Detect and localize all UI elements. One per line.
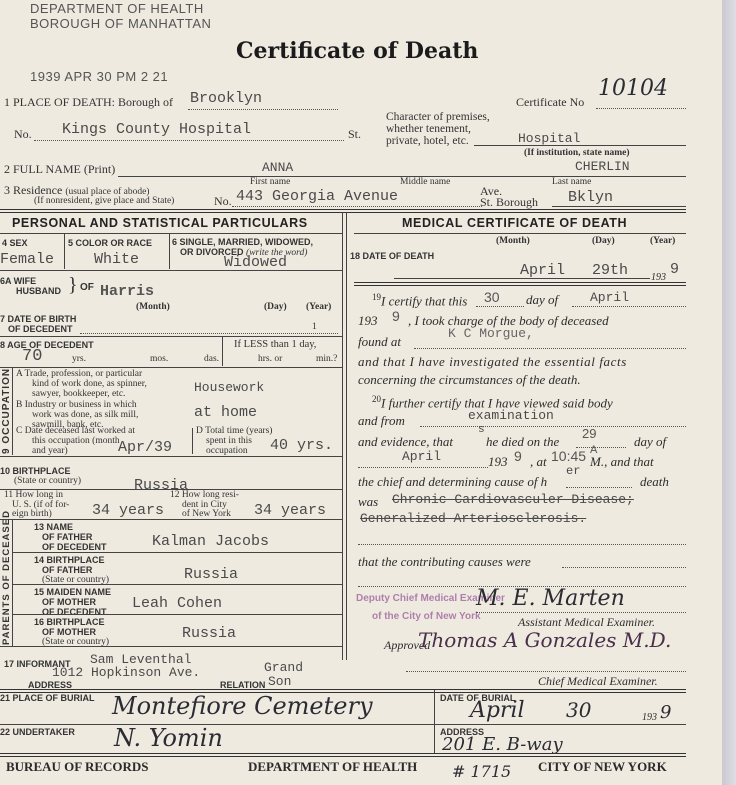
cause-line-1: Chronic Cardiovasculer Disease; xyxy=(392,492,634,507)
dob-month-label: (Month) xyxy=(136,302,170,312)
birthplace-label: 10 BIRTHPLACE xyxy=(0,466,71,476)
race-label: 5 COLOR OR RACE xyxy=(68,238,152,248)
died-year-prefix: 193 xyxy=(488,454,508,470)
residence-note: (If nonresident, give place and State) xyxy=(34,196,174,206)
cause-text: the chief and determining cause of h xyxy=(358,474,547,490)
full-name-label: 2 FULL NAME (Print) xyxy=(4,162,115,177)
place-of-burial-label: 21 PLACE OF BURIAL xyxy=(0,693,95,703)
marital-value: Widowed xyxy=(224,254,287,271)
first-name: ANNA xyxy=(262,160,293,175)
cause-pronoun: er xyxy=(566,464,580,478)
certify-19: 19I certify that this xyxy=(372,292,467,309)
footer-city: CITY OF NEW YORK xyxy=(538,759,667,775)
death-certificate: DEPARTMENT OF HEALTH BOROUGH OF MANHATTA… xyxy=(0,0,722,785)
circumstances-text: concerning the circumstances of the deat… xyxy=(358,372,581,388)
footer-department: DEPARTMENT OF HEALTH xyxy=(248,759,417,775)
dob-day-label: (Day) xyxy=(264,302,287,312)
dod-month-label: (Month) xyxy=(496,236,530,246)
informant-relation-line2: Son xyxy=(268,674,291,689)
burial-day: 30 xyxy=(566,698,591,722)
spouse-husband-label: HUSBAND xyxy=(16,286,61,296)
min-label: min.? xyxy=(316,354,337,364)
assistant-signature: M. E. Marten xyxy=(476,586,625,611)
certificate-number: 10104 xyxy=(598,76,668,101)
dob-year-label: (Year) xyxy=(306,302,331,312)
died-year: 9 xyxy=(514,448,522,464)
cause-line-2: Generalized Arteriosclerosis. xyxy=(360,511,586,526)
certify-day-of: day of xyxy=(526,292,558,308)
less-than-day-label: If LESS than 1 day, xyxy=(234,339,316,350)
das-label: das. xyxy=(204,354,219,364)
place-address: Kings County Hospital xyxy=(62,121,251,138)
occ-a-label: A Trade, profession, or particular kind … xyxy=(16,369,147,399)
certify-year-prefix: 193 xyxy=(358,313,378,329)
st-label: St. xyxy=(348,127,361,142)
and-that-text: M., and that xyxy=(590,454,654,470)
deputy-stamp-line-2: of the City of New York xyxy=(372,611,481,622)
found-at-label: found at xyxy=(358,334,401,350)
burial-month: April xyxy=(470,698,525,723)
place-no-label: No. xyxy=(14,127,32,142)
age-years: 70 xyxy=(22,347,42,366)
yrs-label: yrs. xyxy=(72,354,86,364)
father-name-label: 13 NAME OF FATHER OF DECEDENT xyxy=(34,522,107,552)
residence-borough: Bklyn xyxy=(568,189,613,206)
us-duration: 34 years xyxy=(92,502,164,519)
certify-day: 30 xyxy=(484,289,500,305)
dod-year: 9 xyxy=(670,261,679,278)
dod-year-label: (Year) xyxy=(650,236,675,246)
undertaker-address: 201 E. B-way xyxy=(442,734,563,755)
father-birthplace-label: 14 BIRTHPLACE OF FATHER (State or countr… xyxy=(34,555,109,585)
mos-label: mos. xyxy=(150,354,168,364)
personal-section-title: PERSONAL AND STATISTICAL PARTICULARS xyxy=(12,216,308,230)
department-line-1: DEPARTMENT OF HEALTH xyxy=(30,2,204,16)
occ-d-label: D Total time (years) spent in this occup… xyxy=(196,426,272,456)
premises-value: Hospital xyxy=(518,131,580,146)
mother-birthplace-label: 16 BIRTHPLACE OF MOTHER (State or countr… xyxy=(34,617,109,647)
dob-year-prefix: 1 xyxy=(312,322,317,332)
spouse-wife-label: 6A WIFE xyxy=(0,276,36,286)
mother-birthplace: Russia xyxy=(182,625,236,642)
dod-day: 29th xyxy=(592,262,628,279)
contributing-causes-label: that the contributing causes were xyxy=(358,554,531,570)
dod-month: April xyxy=(520,262,565,279)
dod-label: 18 DATE OF DEATH xyxy=(350,251,434,261)
mother-name-label: 15 MAIDEN NAME OF MOTHER OF DECEDENT xyxy=(34,587,111,617)
and-from-label: and from xyxy=(358,413,405,429)
and-from-value: examination xyxy=(468,408,554,423)
last-name-label: Last name xyxy=(552,177,591,187)
died-day: 29 xyxy=(582,426,596,441)
occupation-total-years: 40 yrs. xyxy=(270,437,333,454)
place-of-burial: Montefiore Cemetery xyxy=(112,692,373,720)
dob-label: 7 DATE OF BIRTH OF DECEDENT xyxy=(0,314,76,334)
father-name: Kalman Jacobs xyxy=(152,533,269,550)
received-stamp: 1939 APR 30 PM 2 21 xyxy=(30,70,168,84)
death-label: death xyxy=(640,474,669,490)
st-borough-label: St. Borough xyxy=(480,195,538,210)
nyc-duration-label: 12 How long resi- dent in City of New Yo… xyxy=(170,491,239,520)
last-name: CHERLIN xyxy=(575,159,630,174)
sex-value: Female xyxy=(0,251,54,268)
department-line-2: BOROUGH OF MANHATTAN xyxy=(30,17,211,31)
page-title: Certificate of Death xyxy=(236,38,478,64)
informant-address: 1012 Hopkinson Ave. xyxy=(52,665,200,680)
investigated-text: and that I have investigated the essenti… xyxy=(358,354,627,370)
undertaker-label: 22 UNDERTAKER xyxy=(0,727,75,737)
hrs-label: hrs. or xyxy=(258,354,282,364)
premises-note: (If institution, state name) xyxy=(524,148,630,158)
died-on-text: he died on the xyxy=(486,434,559,450)
middle-name-label: Middle name xyxy=(400,177,450,187)
birthplace-note: (State or country) xyxy=(14,476,81,486)
sex-label: 4 SEX xyxy=(2,238,28,248)
father-birthplace: Russia xyxy=(184,566,238,583)
dod-day-label: (Day) xyxy=(592,236,615,246)
occupation-last-worked: Apr/39 xyxy=(118,439,172,456)
medical-section-title: MEDICAL CERTIFICATE OF DEATH xyxy=(402,216,627,230)
chief-signature: Thomas A Gonzales M.D. xyxy=(418,628,671,652)
residence-address: 443 Georgia Avenue xyxy=(236,188,398,205)
chief-examiner-title: Chief Medical Examiner. xyxy=(538,674,658,689)
footer-bureau: BUREAU OF RECORDS xyxy=(6,759,149,775)
race-value: White xyxy=(94,251,139,268)
first-name-label: First name xyxy=(250,177,290,187)
borough-of-death: Brooklyn xyxy=(190,90,262,107)
at-label: , at xyxy=(530,454,547,470)
found-at-value: K C Morgue, xyxy=(448,326,534,341)
nyc-duration: 34 years xyxy=(254,502,326,519)
evidence-text: and evidence, that xyxy=(358,434,453,450)
day-of-label: day of xyxy=(634,434,666,450)
evidence-pronoun: s xyxy=(478,424,485,436)
brace-icon: } xyxy=(68,274,78,297)
spouse-of-label: OF xyxy=(80,283,94,293)
occupation-industry: at home xyxy=(194,404,257,421)
spouse-name: Harris xyxy=(100,283,154,300)
residence-no-label: No. xyxy=(214,194,232,209)
scan-edge xyxy=(722,0,736,785)
age-label: 8 AGE OF DECEDENT xyxy=(0,340,94,350)
burial-year-prefix: 193 xyxy=(642,712,657,723)
undertaker-name: N. Yomin xyxy=(114,724,223,752)
footer-record-number: # 1715 xyxy=(452,762,511,781)
premises-label: Character of premises, whether tenement,… xyxy=(386,111,490,147)
us-duration-label: 11 How long in U. S. (if of for- eign bi… xyxy=(4,491,69,520)
burial-year: 9 xyxy=(660,702,671,723)
occupation-side-label: 9 OCCUPATION xyxy=(1,368,12,454)
was-label: was xyxy=(358,494,378,510)
informant-relation-line1: Grand xyxy=(264,660,303,675)
died-time: 10:45 xyxy=(551,448,586,464)
place-of-death-label: 1 PLACE OF DEATH: Borough of xyxy=(4,95,173,110)
occupation-trade: Housework xyxy=(194,380,264,395)
died-month: April xyxy=(402,449,441,464)
certificate-no-label: Certificate No xyxy=(516,95,584,110)
certify-year: 9 xyxy=(392,308,400,324)
parents-side-label: PARENTS OF DECEASED xyxy=(1,510,12,645)
mother-maiden-name: Leah Cohen xyxy=(132,595,222,612)
certify-month: April xyxy=(590,290,629,305)
